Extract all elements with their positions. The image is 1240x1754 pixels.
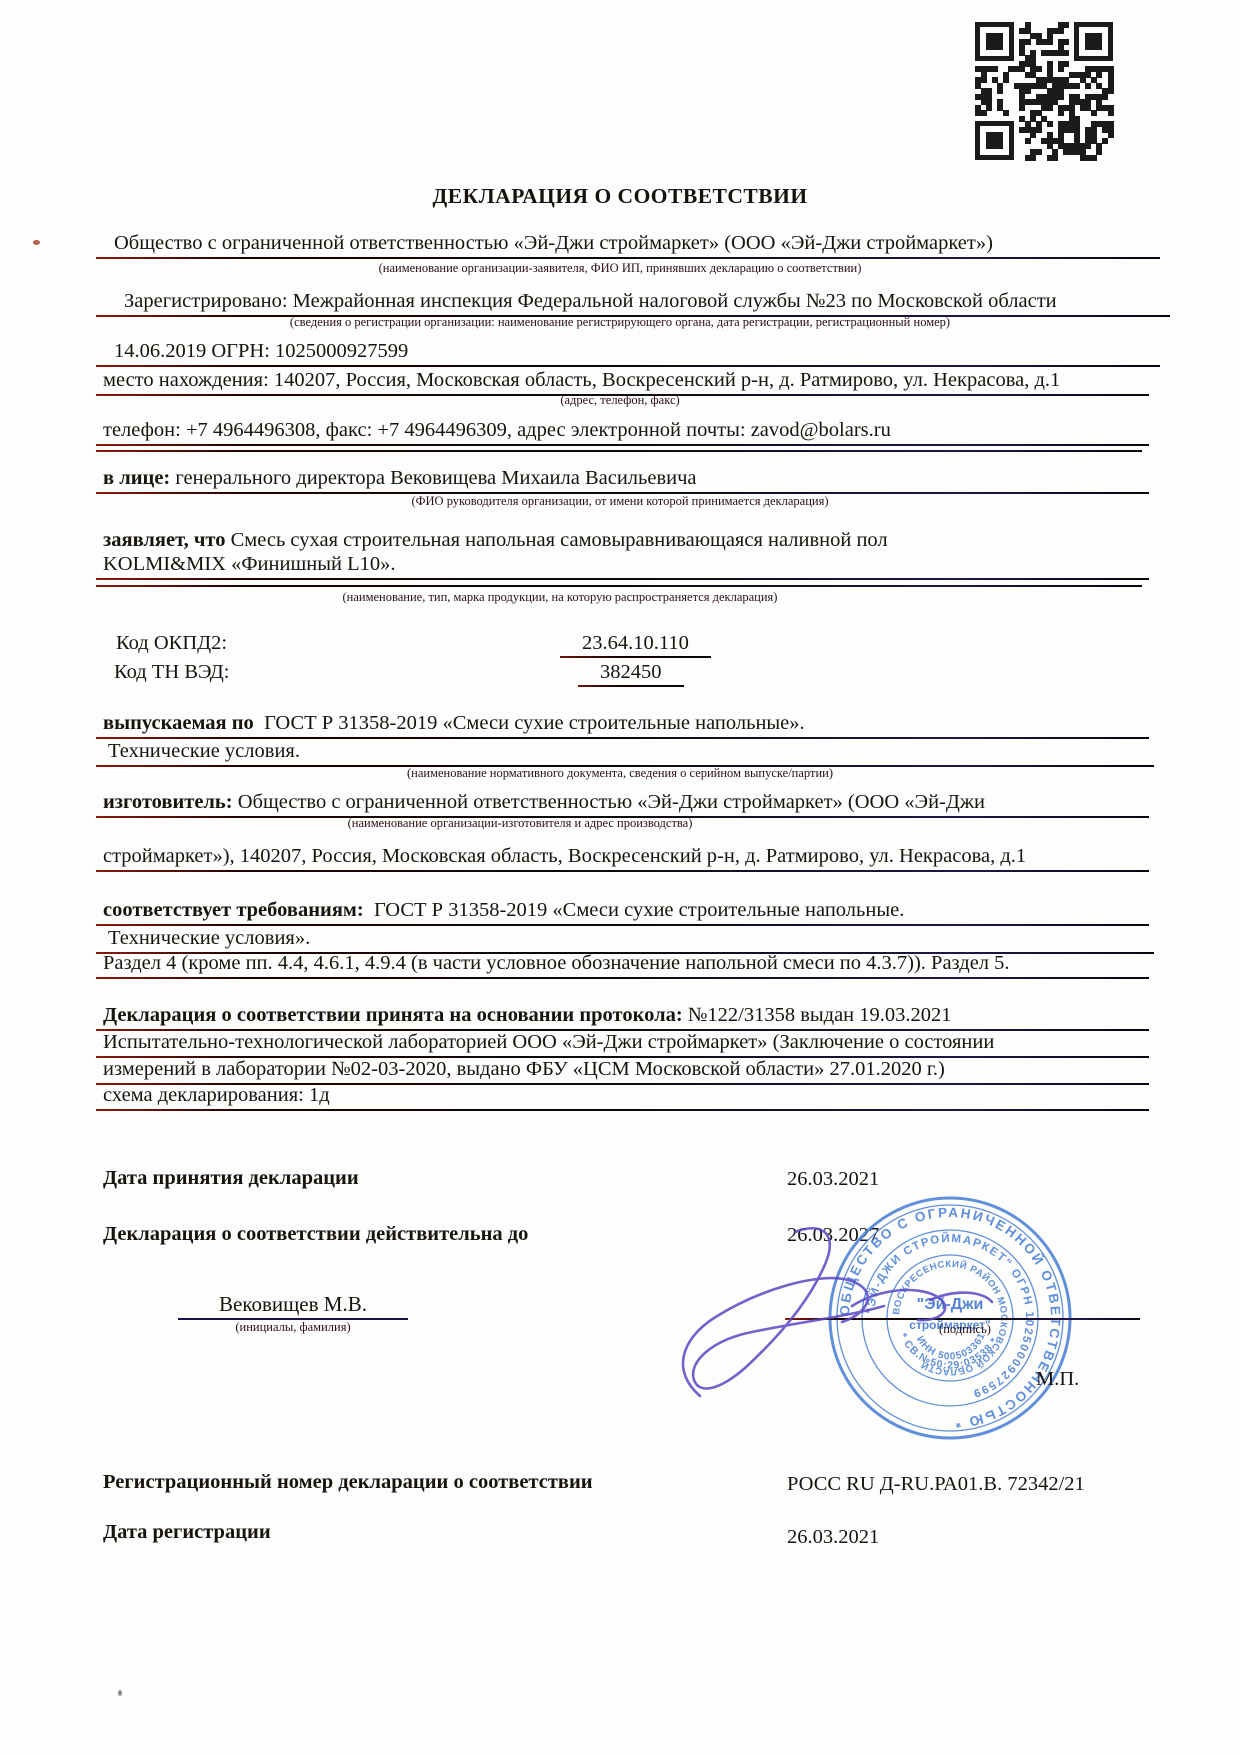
adoption-date-value: 26.03.2021 <box>787 1168 879 1191</box>
ogrn-line: 14.06.2019 ОГРН: 1025000927599 <box>100 339 1154 364</box>
signatory-caption: (инициалы, фамилия) <box>178 1320 408 1335</box>
location-line: место нахождения: 140207, Россия, Москов… <box>100 368 1143 393</box>
manufacturer-caption: (наименование организации-изготовителя и… <box>0 816 1040 831</box>
reg-number-label: Регистрационный номер декларации о соотв… <box>103 1471 593 1494</box>
basis-line-2: Испытательно-технологической лабораторие… <box>100 1030 1143 1055</box>
representative-caption: (ФИО руководителя организации, от имени … <box>100 494 1140 509</box>
okpd2-label: Код ОКПД2: <box>116 632 227 655</box>
tnved-value: 382450 <box>578 661 684 684</box>
manufacturer-label: изготовитель: <box>103 791 233 813</box>
basis-text-4: схема декларирования: 1д <box>103 1084 330 1106</box>
basis-text-3: измерений в лаборатории №02-03-2020, выд… <box>103 1058 945 1080</box>
basis-label: Декларация о соответствии принята на осн… <box>103 1004 683 1026</box>
compliance-value: ГОСТ Р 31358-2019 «Смеси сухие строитель… <box>374 899 904 921</box>
compliance-value-2: Технические условия». <box>108 927 310 949</box>
scan-speck <box>118 1690 122 1696</box>
basis-line-4: схема декларирования: 1д <box>100 1083 1143 1108</box>
basis-text-2: Испытательно-технологической лабораторие… <box>103 1031 994 1053</box>
produced-by-caption: (наименование нормативного документа, св… <box>100 766 1140 781</box>
compliance-line-3: Раздел 4 (кроме пп. 4.4, 4.6.1, 4.9.4 (в… <box>100 951 1143 976</box>
contacts-text: телефон: +7 4964496308, факс: +7 4964496… <box>103 419 891 441</box>
applicant-caption: (наименование организации-заявителя, ФИО… <box>100 261 1140 276</box>
manufacturer-line: изготовитель: Общество с ограниченной от… <box>100 790 1143 815</box>
registration-line: Зарегистрировано: Межрайонная инспекция … <box>100 289 1164 314</box>
basis-line-3: измерений в лаборатории №02-03-2020, выд… <box>100 1057 1143 1082</box>
manufacturer-line-2: строймаркет»), 140207, Россия, Московска… <box>100 844 1143 869</box>
registration-caption: (сведения о регистрации организации: наи… <box>100 315 1140 330</box>
compliance-line: соответствует требованиям: ГОСТ Р 31358-… <box>100 898 1143 923</box>
produced-by-label: выпускаемая по <box>103 712 254 734</box>
document-page: ДЕКЛАРАЦИЯ О СООТВЕТСТВИИ Общество с огр… <box>0 0 1240 1754</box>
declares-value: Смесь сухая строительная напольная самов… <box>231 529 888 551</box>
applicant-line: Общество с ограниченной ответственностью… <box>100 231 1154 256</box>
applicant-text: Общество с ограниченной ответственностью… <box>114 232 993 254</box>
produced-by-value: ГОСТ Р 31358-2019 «Смеси сухие строитель… <box>264 712 805 734</box>
handwritten-signature <box>660 1200 1020 1430</box>
produced-by-line: выпускаемая по ГОСТ Р 31358-2019 «Смеси … <box>100 711 1143 736</box>
representative-value: генерального директора Вековищева Михаил… <box>175 467 696 489</box>
declares-line-2: KOLMI&MIX «Финишный L10». <box>100 552 1143 577</box>
tnved-value-text: 382450 <box>578 661 684 684</box>
okpd2-value-text: 23.64.10.110 <box>560 632 711 655</box>
valid-until-label: Декларация о соответствии действительна … <box>103 1223 528 1246</box>
declares-caption: (наименование, тип, марка продукции, на … <box>40 590 1080 605</box>
compliance-label: соответствует требованиям: <box>103 899 364 921</box>
basis-value: №122/31358 выдан 19.03.2021 <box>688 1004 952 1026</box>
registration-text: Зарегистрировано: Межрайонная инспекция … <box>124 290 1057 312</box>
compliance-value-3: Раздел 4 (кроме пп. 4.4, 4.6.1, 4.9.4 (в… <box>103 952 1010 974</box>
ogrn-text: 14.06.2019 ОГРН: 1025000927599 <box>114 340 408 362</box>
address-caption: (адрес, телефон, факс) <box>100 393 1140 408</box>
rule-line <box>96 450 1142 452</box>
mp-label: М.П. <box>1036 1368 1079 1391</box>
produced-by-line-2: Технические условия. <box>100 739 1148 764</box>
adoption-date-label: Дата принятия декларации <box>103 1167 359 1190</box>
signatory-name: Вековищев М.В. <box>178 1292 408 1320</box>
declares-value-2: KOLMI&MIX «Финишный L10». <box>103 553 396 575</box>
representative-label: в лице: <box>103 467 170 489</box>
signatory-name-text: Вековищев М.В. <box>219 1292 367 1316</box>
representative-line: в лице: генерального директора Вековищев… <box>100 466 1143 491</box>
okpd2-value: 23.64.10.110 <box>560 632 711 655</box>
manufacturer-value: Общество с ограниченной ответственностью… <box>238 791 985 813</box>
basis-line-1: Декларация о соответствии принята на осн… <box>100 1003 1143 1028</box>
declares-label: заявляет, что <box>103 529 225 551</box>
location-text: место нахождения: 140207, Россия, Москов… <box>103 369 1060 391</box>
rule-line <box>96 585 1142 587</box>
contacts-line: телефон: +7 4964496308, факс: +7 4964496… <box>100 418 1143 443</box>
produced-by-value-2: Технические условия. <box>108 740 300 762</box>
declares-line-1: заявляет, что Смесь сухая строительная н… <box>100 528 1143 553</box>
tnved-label: Код ТН ВЭД: <box>114 661 229 684</box>
qr-code <box>975 22 1113 160</box>
scan-speck <box>33 240 40 245</box>
reg-date-label: Дата регистрации <box>103 1521 271 1544</box>
manufacturer-value-2: строймаркет»), 140207, Россия, Московска… <box>103 845 1026 867</box>
page-title: ДЕКЛАРАЦИЯ О СООТВЕТСТВИИ <box>0 184 1240 209</box>
reg-number-value: РОСС RU Д-RU.РА01.В. 72342/21 <box>787 1473 1085 1496</box>
reg-date-value: 26.03.2021 <box>787 1526 879 1549</box>
compliance-line-2: Технические условия». <box>100 926 1148 951</box>
